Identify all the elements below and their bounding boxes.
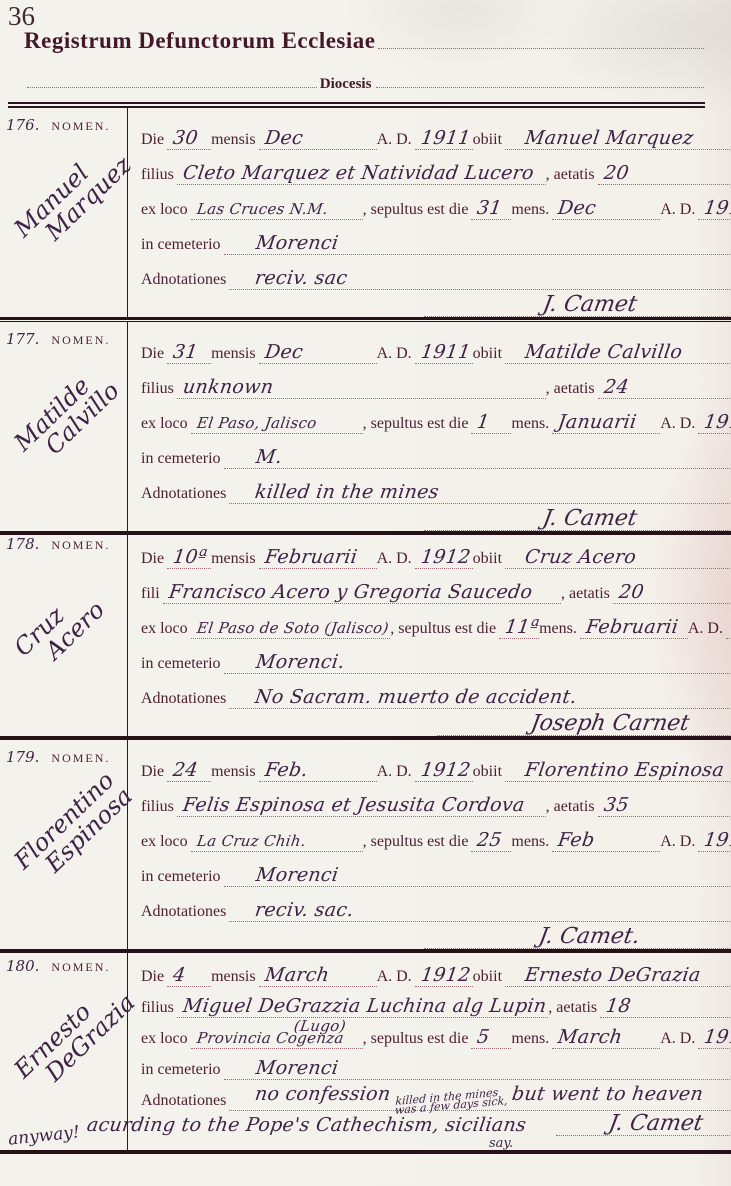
deceased-name-field: Florentino Espinosa	[505, 761, 731, 782]
entry-separator-rule	[0, 1150, 731, 1154]
annotations-tail: but went to heaven	[511, 1085, 705, 1104]
parents-line: filius unknown , aetatis 24	[141, 364, 731, 399]
parents-field: Miguel DeGrazzia Luchina alg Lupin	[177, 997, 548, 1018]
mens-label: mens.	[511, 415, 552, 434]
annotations-interlinear: killed in the mineswas a few days sick,	[395, 1087, 509, 1115]
entry-id-row: 176. NOMEN.	[0, 108, 127, 135]
parents-field: Cleto Marquez et Natividad Lucero	[177, 164, 546, 185]
record-entry: 178. NOMEN. Cruz Acero Die 10ª mensis Fe…	[0, 527, 731, 740]
entry-body: 180. NOMEN. Ernesto DeGrazia anyway! Die…	[0, 949, 731, 1150]
death-date-line: Die 10ª mensis Februarii A. D. 1912 obii…	[141, 534, 731, 569]
adnotationes-label: Adnotationes	[141, 1092, 229, 1111]
margin-name-handwriting: Matilde Calvillo	[10, 361, 123, 473]
in-cemeterio-label: in cemeterio	[141, 655, 224, 674]
diocesis-row: Diocesis	[8, 76, 705, 93]
sepultus-label: , sepultus est die	[390, 620, 499, 639]
ad-label: A. D.	[377, 550, 415, 569]
parents-field: Felis Espinosa et Jesusita Cordova	[177, 796, 546, 817]
death-year-field: 1912	[415, 966, 473, 987]
nomen-label: NOMEN.	[51, 960, 110, 974]
signature-line: J. Camet.	[141, 922, 731, 949]
record-entry: 176. NOMEN. Manuel Marquez Die 30 mensis…	[0, 108, 731, 322]
age-field: 35	[598, 796, 731, 817]
filius-label: fili	[141, 585, 163, 604]
sepultus-label: , sepultus est die	[363, 201, 472, 220]
in-cemeterio-label: in cemeterio	[141, 1061, 224, 1080]
burial-year-field: 1911	[698, 199, 731, 220]
margin-name-handwriting: Ernesto DeGrazia	[10, 973, 139, 1100]
annotations-field: no confessionkilled in the mineswas a fe…	[229, 1085, 731, 1111]
annotations-field: reciv. sac	[229, 269, 731, 290]
burial-line: ex loco La Cruz Chih. , sepultus est die…	[141, 817, 731, 852]
margin-name-handwriting: Manuel Marquez	[10, 135, 135, 258]
deceased-name-field: Ernesto DeGrazia	[505, 966, 731, 987]
entry-form: Die 30 mensis Dec A. D. 1911 obiit Manue…	[128, 108, 731, 317]
in-cemeterio-label: in cemeterio	[141, 450, 224, 469]
parents-line: filius Miguel DeGrazzia Luchina alg Lupi…	[141, 987, 731, 1018]
cemetery-line: in cemeterio M.	[141, 434, 731, 469]
death-month-field: Dec	[259, 129, 377, 150]
mensis-label: mensis	[211, 345, 258, 364]
death-date-line: Die 24 mensis Feb. A. D. 1912 obiit Flor…	[141, 747, 731, 782]
annotations-line: Adnotationes killed in the mines	[141, 469, 731, 504]
ad-label: A. D.	[377, 345, 415, 364]
parents-line: filius Felis Espinosa et Jesusita Cordov…	[141, 782, 731, 817]
entry-number: 179.	[6, 748, 39, 766]
ad2-label: A. D.	[688, 620, 726, 639]
nomen-column: 177. NOMEN. Matilde Calvillo	[0, 322, 128, 531]
entry-number: 178.	[6, 535, 39, 553]
record-entry: 179. NOMEN. Florentino Espinosa Die 24 m…	[0, 740, 731, 949]
signature-line: Joseph Carnet	[141, 709, 731, 736]
parents-field: Francisco Acero y Gregoria Saucedo	[163, 583, 561, 604]
entry-number: 176.	[6, 116, 39, 134]
obiit-label: obiit	[473, 131, 505, 150]
nomen-label: NOMEN.	[51, 751, 110, 765]
cemetery-field: M.	[224, 448, 731, 469]
burial-day-field: 25	[471, 831, 511, 852]
ex-loco-label: ex loco	[141, 201, 191, 220]
burial-year-field: 1912	[698, 413, 731, 434]
filius-label: filius	[141, 166, 177, 185]
entry-body: 176. NOMEN. Manuel Marquez Die 30 mensis…	[0, 108, 731, 317]
obiit-label: obiit	[473, 968, 505, 987]
mensis-label: mensis	[211, 968, 258, 987]
burial-month-field: Dec	[552, 199, 660, 220]
cemetery-field: Morenci	[224, 1059, 731, 1080]
entry-form: Die 31 mensis Dec A. D. 1911 obiit Matil…	[128, 322, 731, 531]
die-label: Die	[141, 968, 167, 987]
mens-label: mens.	[539, 620, 580, 639]
ex-loco-label: ex loco	[141, 620, 191, 639]
death-day-field: 10ª	[167, 548, 211, 569]
death-date-line: Die 31 mensis Dec A. D. 1911 obiit Matil…	[141, 329, 731, 364]
entry-body: 179. NOMEN. Florentino Espinosa Die 24 m…	[0, 740, 731, 949]
adnotationes-label: Adnotationes	[141, 690, 229, 709]
mensis-label: mensis	[211, 763, 258, 782]
ad-label: A. D.	[377, 131, 415, 150]
entry-body: 178. NOMEN. Cruz Acero Die 10ª mensis Fe…	[0, 527, 731, 736]
ex-loco-label: ex loco	[141, 1030, 191, 1049]
annotations-line: Adnotationes reciv. sac.	[141, 887, 731, 922]
origin-place-field: Las Cruces N.M.	[191, 201, 363, 220]
death-month-field: Dec	[259, 343, 377, 364]
origin-place-field: El Paso de Soto (Jalisco)	[191, 620, 391, 639]
ex-loco-label: ex loco	[141, 833, 191, 852]
aetatis-label: , aetatis	[546, 380, 598, 399]
annotations-line-2: acurding to the Pope's Cathechism, sicil…	[81, 1111, 731, 1136]
deceased-name-field: Matilde Calvillo	[505, 343, 731, 364]
ad2-label: A. D.	[660, 201, 698, 220]
entry-body: 177. NOMEN. Matilde Calvillo Die 31 mens…	[0, 322, 731, 531]
death-month-field: Februarii	[259, 548, 377, 569]
burial-month-field: Februarii	[580, 618, 688, 639]
ad2-label: A. D.	[660, 833, 698, 852]
die-label: Die	[141, 345, 167, 364]
death-date-line: Die 4 mensis March A. D. 1912 obiit Erne…	[141, 956, 731, 987]
death-day-field: 30	[167, 129, 211, 150]
death-month-field: Feb.	[259, 761, 377, 782]
page-header: 36 Registrum Defunctorum Ecclesiae Dioce…	[0, 0, 731, 108]
burial-year-field: 1912	[726, 618, 731, 639]
die-label: Die	[141, 763, 167, 782]
mensis-label: mensis	[211, 550, 258, 569]
signature-line: J. Camet	[141, 290, 731, 317]
filius-label: filius	[141, 999, 177, 1018]
origin-place-field: El Paso, Jalisco	[191, 415, 363, 434]
aetatis-label: , aetatis	[546, 798, 598, 817]
entry-form: Die 10ª mensis Februarii A. D. 1912 obii…	[128, 527, 731, 736]
origin-place-field: La Cruz Chih.	[191, 833, 363, 852]
ad2-label: A. D.	[660, 415, 698, 434]
nomen-column: 178. NOMEN. Cruz Acero	[0, 527, 128, 736]
death-day-field: 31	[167, 343, 211, 364]
title-row: Registrum Defunctorum Ecclesiae	[8, 28, 705, 54]
death-day-field: 24	[167, 761, 211, 782]
ex-loco-label: ex loco	[141, 415, 191, 434]
annotations-line: Adnotationes no confessionkilled in the …	[141, 1080, 731, 1111]
aetatis-label: , aetatis	[548, 999, 600, 1018]
annotations-line: Adnotationes No Sacram. muerto de accide…	[141, 674, 731, 709]
burial-year-field: 1912	[698, 1028, 731, 1049]
cemetery-line: in cemeterio Morenci	[141, 852, 731, 887]
burial-day-field: 11ª	[499, 618, 539, 639]
mens-label: mens.	[511, 201, 552, 220]
death-year-field: 1912	[415, 548, 473, 569]
burial-line: ex loco Provincia Cogenza(Lugo) , sepult…	[141, 1018, 731, 1049]
entry-number: 177.	[6, 330, 39, 348]
in-cemeterio-label: in cemeterio	[141, 868, 224, 887]
ad-label: A. D.	[377, 763, 415, 782]
sepultus-label: , sepultus est die	[363, 833, 472, 852]
register-page: 36 Registrum Defunctorum Ecclesiae Dioce…	[0, 0, 731, 1186]
diocesis-label: Diocesis	[318, 76, 374, 93]
burial-month-field: Feb	[552, 831, 660, 852]
signature-field: Joseph Carnet	[437, 713, 731, 736]
burial-month-field: Januarii	[552, 413, 660, 434]
diocesis-dotted-line-right	[376, 87, 704, 88]
annotations-field: killed in the mines	[229, 483, 731, 504]
mens-label: mens.	[511, 1030, 552, 1049]
parents-line: filius Cleto Marquez et Natividad Lucero…	[141, 150, 731, 185]
cemetery-field: Morenci	[224, 234, 731, 255]
entry-id-row: 178. NOMEN.	[0, 527, 127, 554]
cemetery-line: in cemeterio Morenci	[141, 1049, 731, 1080]
nomen-label: NOMEN.	[51, 538, 110, 552]
annotations-line: Adnotationes reciv. sac	[141, 255, 731, 290]
record-entry: 177. NOMEN. Matilde Calvillo Die 31 mens…	[0, 322, 731, 527]
ad2-label: A. D.	[660, 1030, 698, 1049]
sepultus-label: , sepultus est die	[363, 1030, 472, 1049]
death-date-line: Die 30 mensis Dec A. D. 1911 obiit Manue…	[141, 115, 731, 150]
obiit-label: obiit	[473, 345, 505, 364]
cemetery-field: Morenci.	[224, 653, 731, 674]
cemetery-field: Morenci	[224, 866, 731, 887]
signature-inline-field: J. Camet	[556, 1113, 731, 1136]
margin-note-handwriting: anyway!	[7, 1122, 81, 1149]
obiit-label: obiit	[473, 763, 505, 782]
nomen-column: 176. NOMEN. Manuel Marquez	[0, 108, 128, 317]
entry-id-row: 179. NOMEN.	[0, 740, 127, 767]
burial-year-field: 1912	[698, 831, 731, 852]
annotations-field: No Sacram. muerto de accident.	[229, 688, 731, 709]
die-label: Die	[141, 131, 167, 150]
aetatis-label: , aetatis	[546, 166, 598, 185]
age-field: 20	[613, 583, 731, 604]
filius-label: filius	[141, 798, 177, 817]
diocesis-dotted-line-left	[27, 87, 317, 88]
signature-field: J. Camet.	[424, 926, 731, 949]
filius-label: filius	[141, 380, 177, 399]
death-month-field: March	[259, 966, 377, 987]
margin-name-handwriting: Florentino Espinosa	[10, 766, 136, 890]
origin-place-field: Provincia Cogenza(Lugo)	[191, 1030, 363, 1049]
margin-name-handwriting: Cruz Acero	[10, 580, 109, 678]
mens-label: mens.	[511, 833, 552, 852]
death-year-field: 1912	[415, 761, 473, 782]
burial-line: ex loco El Paso de Soto (Jalisco) , sepu…	[141, 604, 731, 639]
record-entry: 180. NOMEN. Ernesto DeGrazia anyway! Die…	[0, 949, 731, 1150]
sepultus-label: , sepultus est die	[363, 415, 472, 434]
signature-field: J. Camet	[424, 294, 731, 317]
annotations-2-text: acurding to the Pope's Cathechism, sicil…	[81, 1116, 556, 1136]
burial-line: ex loco Las Cruces N.M. , sepultus est d…	[141, 185, 731, 220]
origin-place-superscript: (Lugo)	[293, 1019, 347, 1034]
cemetery-line: in cemeterio Morenci	[141, 220, 731, 255]
entry-form: Die 24 mensis Feb. A. D. 1912 obiit Flor…	[128, 740, 731, 949]
annotations-field: reciv. sac.	[229, 901, 731, 922]
annotations-line-3: say.	[141, 1136, 731, 1150]
entry-id-row: 180. NOMEN.	[0, 949, 127, 976]
page-number: 36	[8, 2, 705, 30]
parents-line: fili Francisco Acero y Gregoria Saucedo …	[141, 569, 731, 604]
adnotationes-label: Adnotationes	[141, 485, 229, 504]
entry-number: 180.	[6, 957, 39, 975]
deceased-name-field: Cruz Acero	[505, 548, 731, 569]
entry-id-row: 177. NOMEN.	[0, 322, 127, 349]
burial-line: ex loco El Paso, Jalisco , sepultus est …	[141, 399, 731, 434]
nomen-column: 179. NOMEN. Florentino Espinosa	[0, 740, 128, 949]
death-year-field: 1911	[415, 129, 473, 150]
in-cemeterio-label: in cemeterio	[141, 236, 224, 255]
title-dotted-line	[378, 48, 704, 49]
register-title: Registrum Defunctorum Ecclesiae	[24, 28, 375, 54]
deceased-name-field: Manuel Marquez	[505, 129, 731, 150]
ad-label: A. D.	[377, 968, 415, 987]
burial-day-field: 31	[471, 199, 511, 220]
aetatis-label: , aetatis	[561, 585, 613, 604]
death-day-field: 4	[167, 966, 211, 987]
burial-day-field: 5	[471, 1028, 511, 1049]
die-label: Die	[141, 550, 167, 569]
adnotationes-label: Adnotationes	[141, 271, 229, 290]
entry-form: Die 4 mensis March A. D. 1912 obiit Erne…	[128, 949, 731, 1150]
cemetery-line: in cemeterio Morenci.	[141, 639, 731, 674]
record-entries: 176. NOMEN. Manuel Marquez Die 30 mensis…	[0, 108, 731, 1150]
burial-day-field: 1	[471, 413, 511, 434]
nomen-label: NOMEN.	[51, 119, 110, 133]
age-field: 24	[598, 378, 731, 399]
death-year-field: 1911	[415, 343, 473, 364]
mensis-label: mensis	[211, 131, 258, 150]
age-field: 18	[600, 997, 731, 1018]
nomen-label: NOMEN.	[51, 333, 110, 347]
age-field: 20	[598, 164, 731, 185]
adnotationes-label: Adnotationes	[141, 903, 229, 922]
parents-field: unknown	[177, 378, 546, 399]
burial-month-field: March	[552, 1028, 660, 1049]
obiit-label: obiit	[473, 550, 505, 569]
